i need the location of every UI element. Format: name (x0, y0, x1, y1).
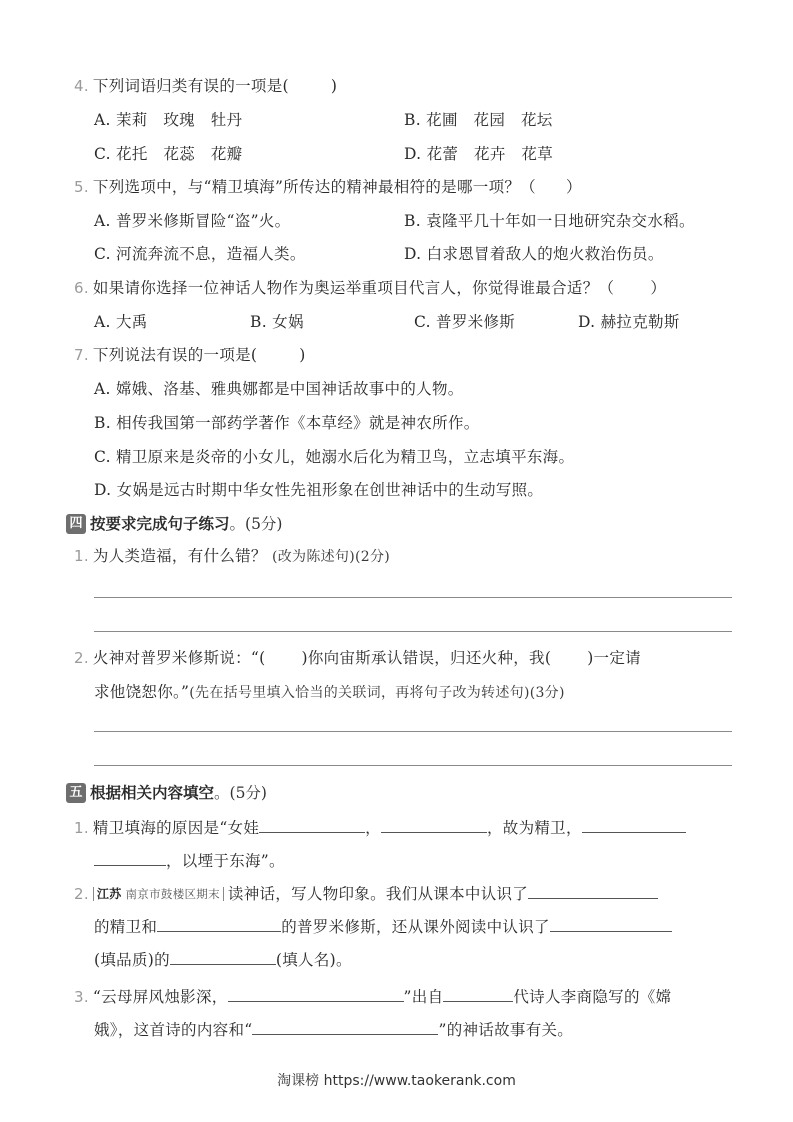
q5-option-c: C. 河流奔流不息，造福人类。 (94, 244, 306, 264)
s4-question-1: 1.为人类造福，有什么错？ (改为陈述句)(2分) (74, 546, 390, 567)
s5-question-2-line2: 的精卫和的普罗米修斯，还从课外阅读中认识了 (94, 915, 672, 937)
section-title: 按要求完成句子练习 (90, 515, 230, 533)
answer-line[interactable] (94, 597, 732, 598)
s5-question-3: 3.“云母屏风烛影深，”出自代诗人李商隐写的《嫦 (74, 985, 671, 1007)
s4-question-2-line2: 求他饶恕你。”(先在括号里填入恰当的关联词，再将句子改为转述句)(3分) (94, 682, 565, 703)
q6-option-d: D. 赫拉克勒斯 (578, 312, 680, 332)
question-6: 6.如果请你选择一位神话人物作为奥运举重项目代言人，你觉得谁最合适？（） (74, 278, 666, 298)
q7-option-d: D. 女娲是远古时期中华女性先祖形象在创世神话中的生动写照。 (94, 480, 543, 500)
source-tag: 江苏 南京市鼓楼区期末 (93, 887, 224, 901)
fill-blank[interactable] (228, 985, 404, 1002)
q7-option-b: B. 相传我国第一部药学著作《本草经》就是神农所作。 (94, 413, 480, 433)
s5-question-2-line3: (填品质)的(填人名)。 (94, 948, 352, 970)
answer-line[interactable] (94, 631, 732, 632)
s5-question-1: 1.精卫填海的原因是“女娃，，故为精卫， (74, 816, 686, 838)
fill-blank[interactable] (443, 985, 513, 1002)
footer-watermark: 淘课榜 https://www.taokerank.com (0, 1070, 793, 1090)
answer-line[interactable] (94, 765, 732, 766)
fill-blank[interactable] (157, 915, 281, 932)
q4-option-c: C. 花托 花蕊 花瓣 (94, 144, 242, 164)
q4-option-a: A. 茉莉 玫瑰 牡丹 (94, 110, 242, 130)
section-title: 根据相关内容填空 (90, 784, 214, 802)
section-5-heading: 五根据相关内容填空。(5分) (66, 783, 267, 803)
section-4-heading: 四按要求完成句子练习。(5分) (66, 514, 282, 534)
s5-question-2: 2.江苏 南京市鼓楼区期末读神话，写人物印象。我们从课本中认识了 (74, 882, 658, 904)
question-number: 6. (74, 279, 89, 297)
section-score: 。(5分) (214, 784, 267, 802)
question-text: 如果请你选择一位神话人物作为奥运举重项目代言人，你觉得谁最合适？（ (93, 279, 614, 297)
q5-option-a: A. 普罗米修斯冒险“盗”火。 (94, 211, 290, 231)
question-number: 5. (74, 178, 89, 196)
s4-question-2: 2.火神对普罗米修斯说：“()你向宙斯承认错误，归还火种，我()一定请 (74, 648, 641, 668)
question-number: 7. (74, 346, 89, 364)
question-5: 5.下列选项中，与“精卫填海”所传达的精神最相符的是哪一项？（） (74, 177, 582, 197)
question-4: 4.下列词语归类有误的一项是() (74, 76, 337, 96)
worksheet-page: 4.下列词语归类有误的一项是() A. 茉莉 玫瑰 牡丹 B. 花圃 花园 花坛… (0, 0, 793, 1122)
q7-option-c: C. 精卫原来是炎帝的小女儿，她溺水后化为精卫鸟，立志填平东海。 (94, 447, 574, 467)
fill-blank[interactable] (259, 816, 365, 833)
fill-blank[interactable] (381, 816, 487, 833)
fill-blank[interactable] (528, 882, 658, 899)
q4-option-d: D. 花蕾 花卉 花草 (404, 144, 553, 164)
instruction-note: (先在括号里填入恰当的关联词，再将句子改为转述句)(3分) (189, 685, 564, 701)
section-score: 。(5分) (230, 515, 283, 533)
q5-option-b: B. 袁隆平几十年如一日地研究杂交水稻。 (404, 211, 695, 231)
question-text: 下列说法有误的一项是( (93, 346, 257, 364)
q7-option-a: A. 嫦娥、洛基、雅典娜都是中国神话故事中的人物。 (94, 379, 464, 399)
question-7: 7.下列说法有误的一项是() (74, 345, 306, 365)
q6-option-c: C. 普罗米修斯 (414, 312, 515, 332)
section-badge: 五 (66, 783, 86, 803)
s5-question-1-line2: ，以堙于东海”。 (94, 849, 285, 871)
answer-line[interactable] (94, 731, 732, 732)
q5-option-d: D. 白求恩冒着敌人的炮火救治伤员。 (404, 244, 664, 264)
fill-blank[interactable] (170, 948, 276, 965)
question-text: 下列选项中，与“精卫填海”所传达的精神最相符的是哪一项？（ (93, 178, 536, 196)
instruction-note: (改为陈述句)(2分) (272, 549, 390, 565)
fill-blank[interactable] (252, 1018, 438, 1035)
q6-option-a: A. 大禹 (94, 312, 148, 332)
q4-option-b: B. 花圃 花园 花坛 (404, 110, 553, 130)
q6-option-b: B. 女娲 (250, 312, 304, 332)
question-text: 下列词语归类有误的一项是( (93, 77, 289, 95)
question-number: 4. (74, 77, 89, 95)
fill-blank[interactable] (94, 849, 166, 866)
section-badge: 四 (66, 514, 86, 534)
s5-question-3-line2: 娥》，这首诗的内容和“”的神话故事有关。 (94, 1018, 573, 1040)
fill-blank[interactable] (550, 915, 672, 932)
fill-blank[interactable] (582, 816, 686, 833)
